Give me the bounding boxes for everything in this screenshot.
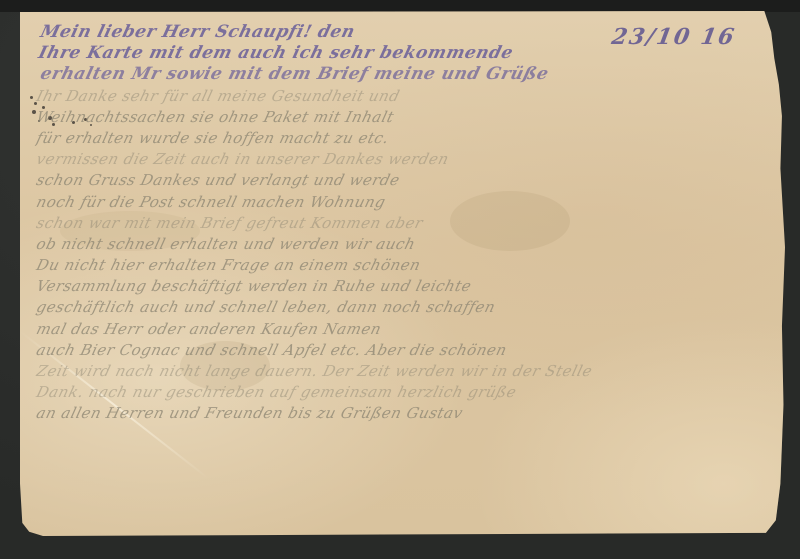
handwritten-line: Dank. nach nur geschrieben auf gemeinsam… (34, 382, 769, 403)
handwritten-line: Versammlung beschäftigt werden in Ruhe u… (34, 276, 769, 297)
handwritten-line: Ihre Karte mit dem auch ich sehr bekomme… (34, 43, 769, 64)
handwritten-line: Mein lieber Herr Schaupfi! den (34, 22, 603, 43)
handwritten-line: ob nicht schnell erhalten und werden wir… (34, 234, 769, 255)
handwritten-line: Weihnachtssachen sie ohne Paket mit Inha… (34, 107, 769, 128)
handwritten-line: geschäftlich auch und schnell leben, dan… (34, 297, 769, 318)
handwritten-line: Du nicht hier erhalten Frage an einem sc… (34, 255, 769, 276)
handwritten-text: Mein lieber Herr Schaupfi! den Ihre Kart… (34, 22, 764, 425)
scan-top-edge (0, 0, 800, 12)
handwritten-line: schon Gruss Dankes und verlangt und werd… (34, 170, 769, 191)
handwritten-line: noch für die Post schnell machen Wohnung (34, 192, 769, 213)
handwritten-line: vermissen die Zeit auch in unserer Danke… (34, 149, 769, 170)
handwritten-line: mal das Herr oder anderen Kaufen Namen (34, 319, 769, 340)
handwritten-line: Ihr Danke sehr für all meine Gesundheit … (34, 86, 769, 107)
handwritten-line: erhalten Mr sowie mit dem Brief meine un… (34, 64, 769, 85)
handwritten-line: schon war mit mein Brief gefreut Kommen … (34, 213, 769, 234)
handwritten-line: auch Bier Cognac und schnell Apfel etc. … (34, 340, 769, 361)
handwritten-line: für erhalten wurde sie hoffen macht zu e… (34, 128, 769, 149)
handwritten-line: Zeit wird nach nicht lange dauern. Der Z… (34, 361, 769, 382)
handwritten-line: an allen Herren und Freunden bis zu Grüß… (34, 403, 769, 424)
